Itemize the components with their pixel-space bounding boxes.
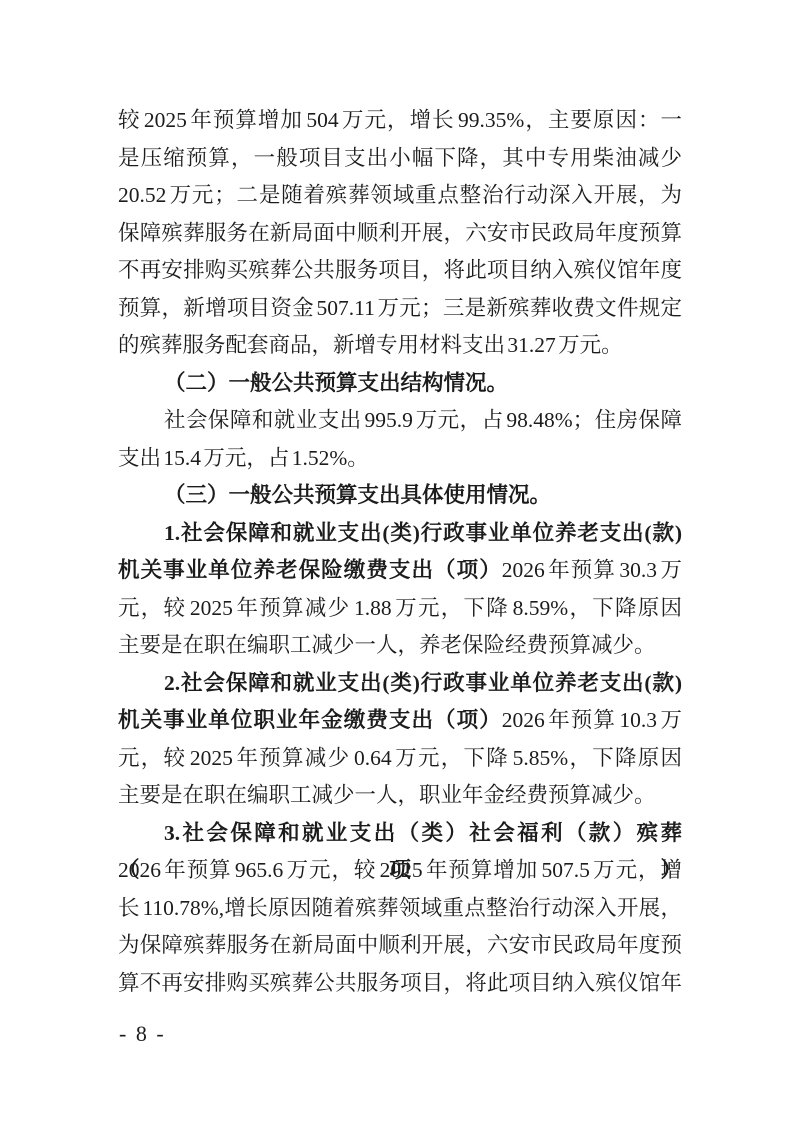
text-run: 元，较 2025 年预算减少 0.64 万元，下降 5.85%，下降原因 — [118, 746, 682, 770]
bold-text-run: （二）一般公共预算支出结构情况。 — [164, 371, 508, 395]
text-line: 主要是在职在编职工减少一人，职业年金经费预算减少。 — [118, 777, 682, 815]
text-run: 2026 年预算 30.3 万 — [502, 558, 682, 582]
text-line: 20.52 万元；二是随着殡葬领域重点整治行动深入开展，为 — [118, 177, 682, 215]
text-run: 较 2025 年预算增加 504 万元，增长 99.35%，主要原因：一 — [118, 108, 682, 132]
text-run: 算不再安排购买殡葬公共服务项目，将此项目纳入殡仪馆年 — [118, 971, 682, 995]
text-line: 的殡葬服务配套商品，新增专用材料支出 31.27 万元。 — [118, 327, 682, 365]
text-run: 预算，新增项目资金 507.11 万元；三是新殡葬收费文件规定 — [118, 296, 682, 320]
text-line: 长 110.78%,增长原因随着殡葬领域重点整治行动深入开展， — [118, 890, 682, 928]
bold-text-run: 机关事业单位职业年金缴费支出（项） — [118, 708, 502, 732]
text-run: 主要是在职在编职工减少一人，职业年金经费预算减少。 — [118, 783, 656, 807]
text-line: 不再安排购买殡葬公共服务项目，将此项目纳入殡仪馆年度 — [118, 252, 682, 290]
document-page: 较 2025 年预算增加 504 万元，增长 99.35%，主要原因：一是压缩预… — [0, 0, 800, 1131]
text-line: 算不再安排购买殡葬公共服务项目，将此项目纳入殡仪馆年 — [118, 965, 682, 1003]
text-line: 较 2025 年预算增加 504 万元，增长 99.35%，主要原因：一 — [118, 102, 682, 140]
text-run: 长 110.78%,增长原因随着殡葬领域重点整治行动深入开展， — [118, 896, 682, 920]
text-run: 社会保障和就业支出 995.9 万元，占 98.48%；住房保障 — [164, 408, 682, 432]
text-run: 保障殡葬服务在新局面中顺利开展，六安市民政局年度预算 — [118, 221, 682, 245]
text-run: 的殡葬服务配套商品，新增专用材料支出 31.27 万元。 — [118, 333, 623, 357]
text-line: （三）一般公共预算支出具体使用情况。 — [118, 477, 682, 515]
text-run: 是压缩预算，一般项目支出小幅下降，其中专用柴油减少 — [118, 146, 682, 170]
text-line: （二）一般公共预算支出结构情况。 — [118, 365, 682, 403]
bold-text-run: 1.社会保障和就业支出(类)行政事业单位养老支出(款) — [164, 521, 682, 545]
bold-text-run: 机关事业单位养老保险缴费支出（项） — [118, 558, 502, 582]
text-line: 1.社会保障和就业支出(类)行政事业单位养老支出(款) — [118, 515, 682, 553]
text-run: 主要是在职在编职工减少一人，养老保险经费预算减少。 — [118, 633, 656, 657]
text-run: 20.52 万元；二是随着殡葬领域重点整治行动深入开展，为 — [118, 183, 682, 207]
bold-text-run: （三）一般公共预算支出具体使用情况。 — [164, 483, 551, 507]
page-number: - 8 - — [119, 1021, 166, 1047]
text-line: 元，较 2025 年预算减少 1.88 万元，下降 8.59%，下降原因 — [118, 590, 682, 628]
text-line: 社会保障和就业支出 995.9 万元，占 98.48%；住房保障 — [118, 402, 682, 440]
text-run: 为保障殡葬服务在新局面中顺利开展，六安市民政局年度预 — [118, 933, 682, 957]
text-line: 为保障殡葬服务在新局面中顺利开展，六安市民政局年度预 — [118, 927, 682, 965]
text-run: 2026 年预算 965.6 万元，较 2025 年预算增加 507.5 万元，… — [118, 858, 682, 882]
text-line: 2026 年预算 965.6 万元，较 2025 年预算增加 507.5 万元，… — [118, 852, 682, 890]
text-line: 预算，新增项目资金 507.11 万元；三是新殡葬收费文件规定 — [118, 290, 682, 328]
text-run: 元，较 2025 年预算减少 1.88 万元，下降 8.59%，下降原因 — [118, 596, 682, 620]
text-line: 机关事业单位养老保险缴费支出（项）2026 年预算 30.3 万 — [118, 552, 682, 590]
text-line: 主要是在职在编职工减少一人，养老保险经费预算减少。 — [118, 627, 682, 665]
text-line: 支出 15.4 万元，占 1.52%。 — [118, 440, 682, 478]
bold-text-run: 2.社会保障和就业支出(类)行政事业单位养老支出(款) — [164, 671, 682, 695]
text-line: 3.社会保障和就业支出（类）社会福利（款）殡葬（项） — [118, 815, 682, 853]
text-run: 2026 年预算 10.3 万 — [502, 708, 682, 732]
text-line: 2.社会保障和就业支出(类)行政事业单位养老支出(款) — [118, 665, 682, 703]
text-line: 机关事业单位职业年金缴费支出（项）2026 年预算 10.3 万 — [118, 702, 682, 740]
text-line: 保障殡葬服务在新局面中顺利开展，六安市民政局年度预算 — [118, 215, 682, 253]
text-run: 不再安排购买殡葬公共服务项目，将此项目纳入殡仪馆年度 — [118, 258, 682, 282]
text-line: 是压缩预算，一般项目支出小幅下降，其中专用柴油减少 — [118, 140, 682, 178]
document-body-text: 较 2025 年预算增加 504 万元，增长 99.35%，主要原因：一是压缩预… — [118, 102, 682, 1002]
text-run: 支出 15.4 万元，占 1.52%。 — [118, 446, 369, 470]
text-line: 元，较 2025 年预算减少 0.64 万元，下降 5.85%，下降原因 — [118, 740, 682, 778]
